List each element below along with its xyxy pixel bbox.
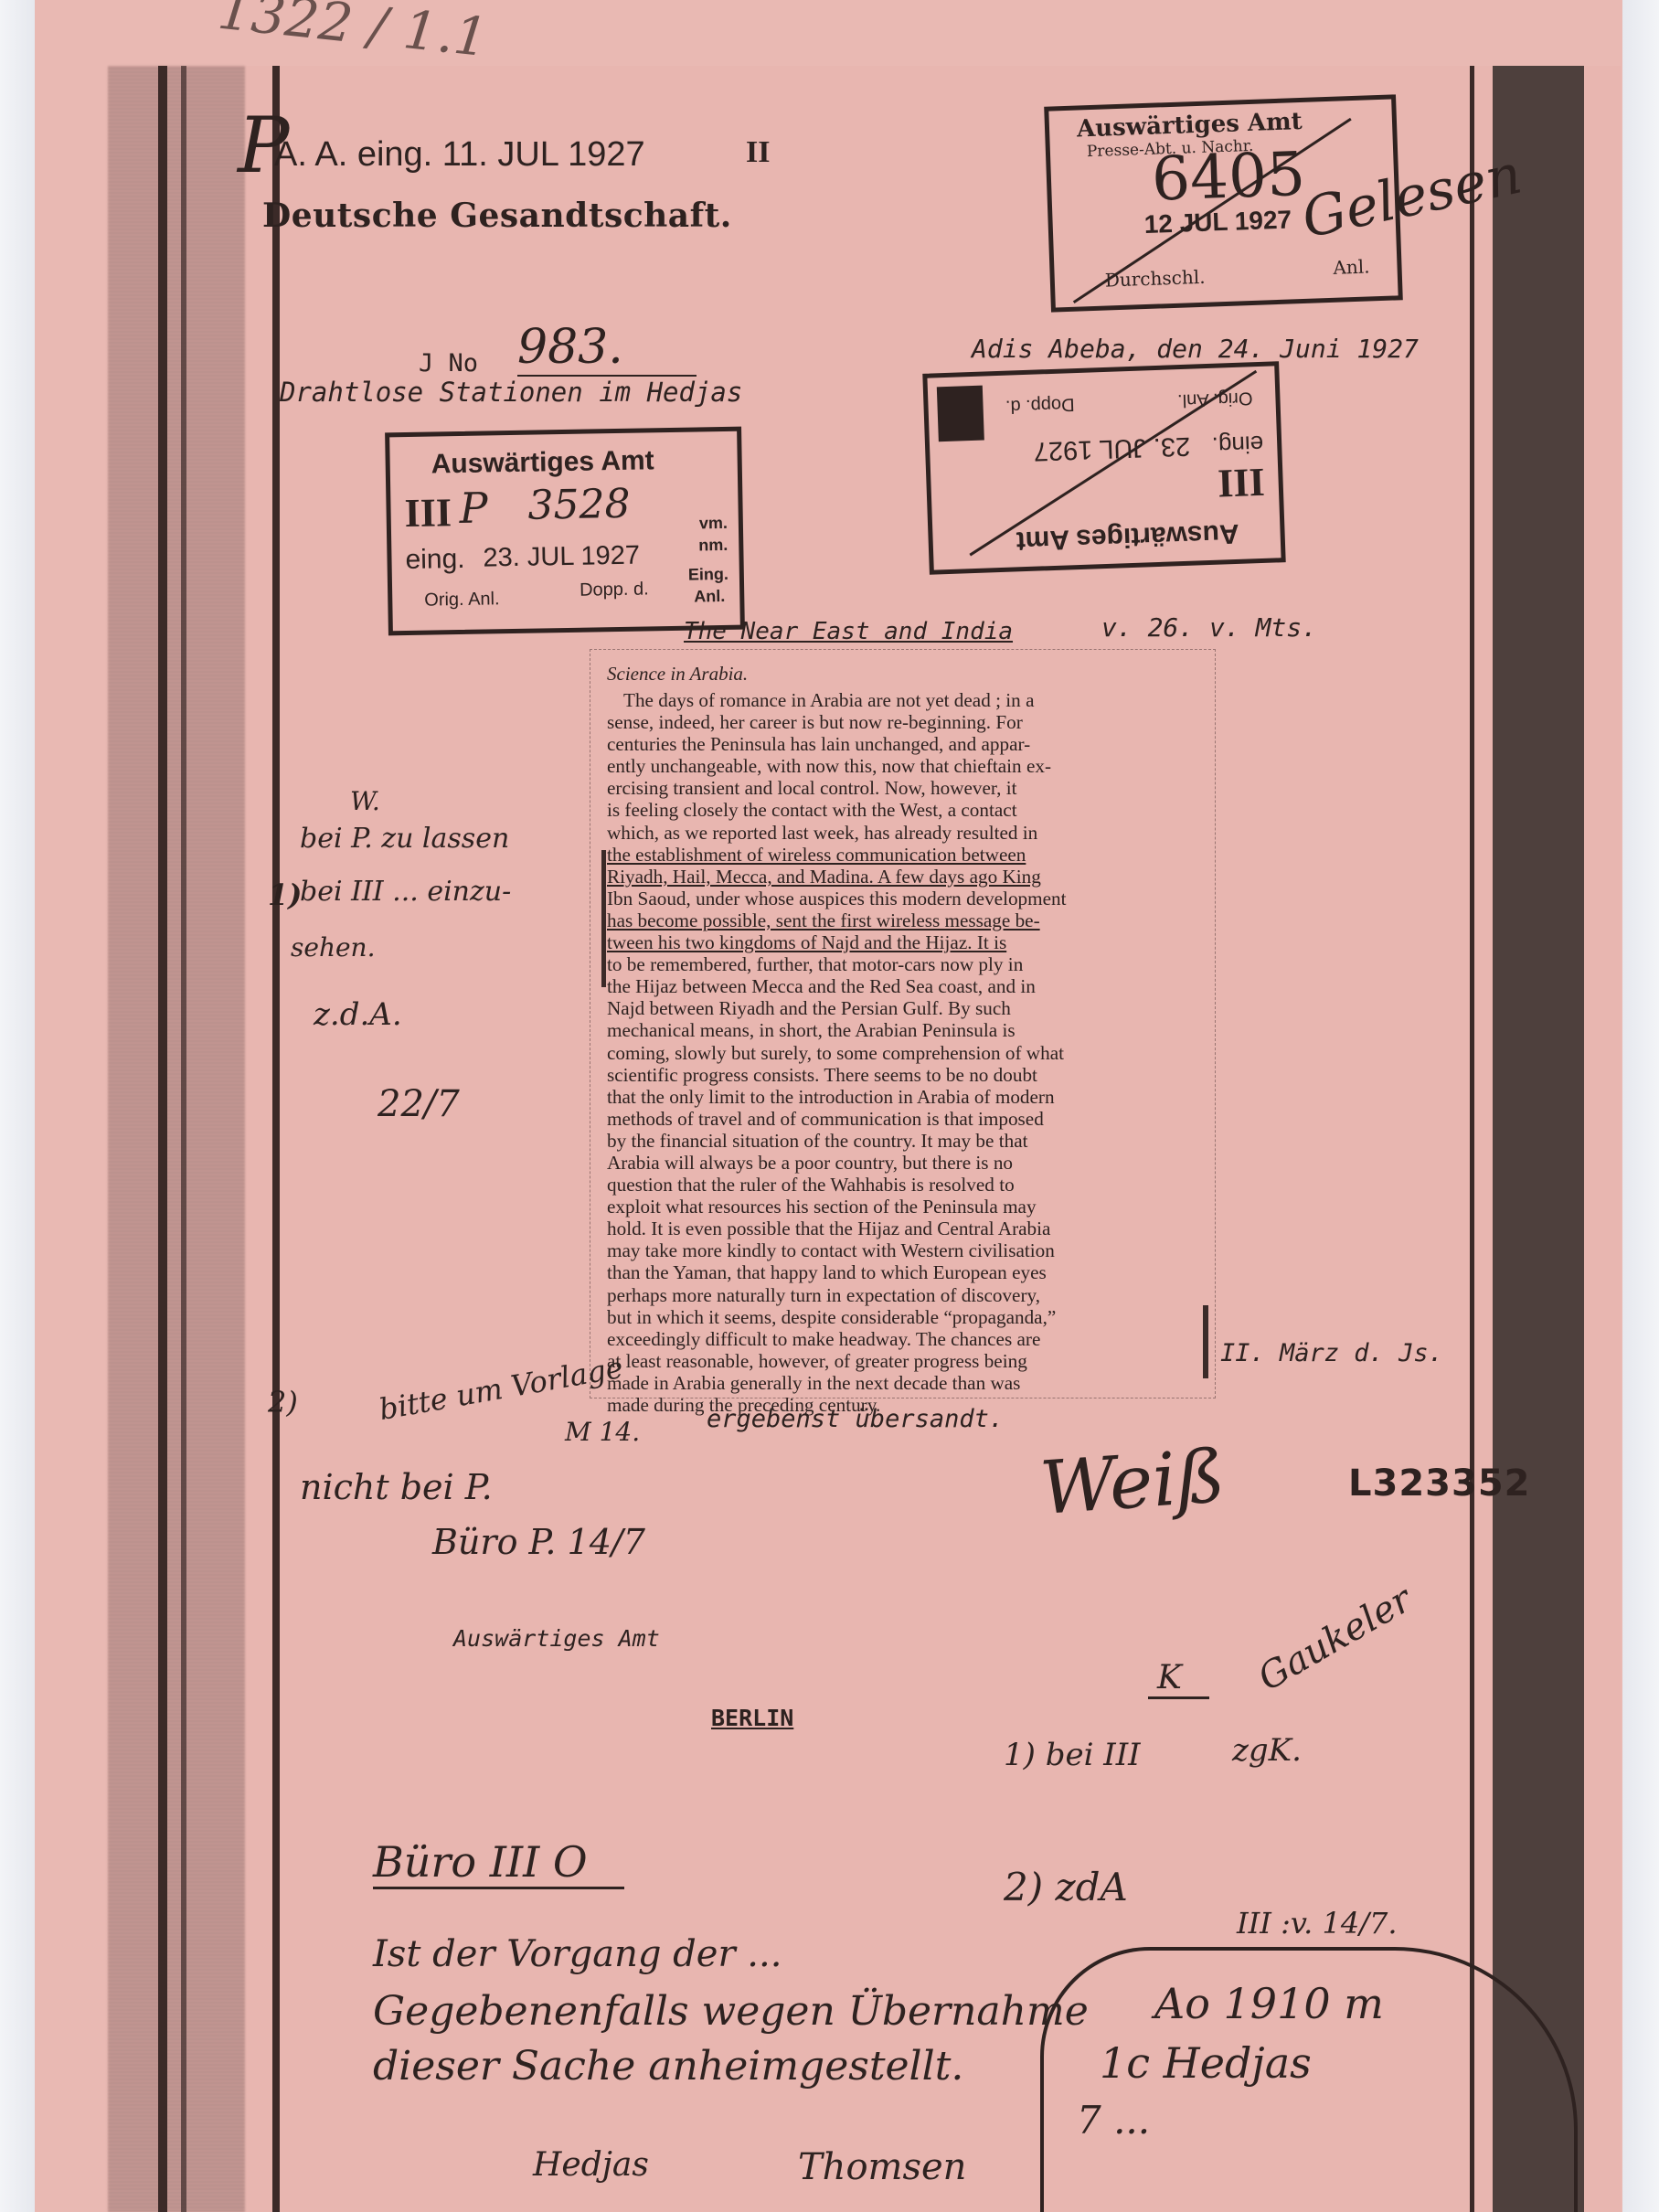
clipping-line-underlined: Riyadh, Hail, Mecca, and Madina. A few d… bbox=[607, 866, 1202, 888]
clipping-line: mechanical means, in short, the Arabian … bbox=[607, 1019, 1202, 1041]
clipping-line: scientific progress consists. There seem… bbox=[607, 1064, 1202, 1086]
bottom-right-line: 1c Hedjas bbox=[1100, 2038, 1312, 2088]
clipping-title: Science in Arabia. bbox=[607, 663, 1202, 686]
source-date-ref: v. 26. v. Mts. bbox=[1101, 612, 1317, 643]
margin-note-1-marker: 1) bbox=[268, 877, 302, 912]
clipping-body: The days of romance in Arabia are not ye… bbox=[607, 689, 1202, 1416]
dept-stamp-orig: Orig. Anl. bbox=[424, 589, 500, 611]
clipping-line: which, as we reported last week, has alr… bbox=[607, 822, 1202, 844]
clipping-line: perhaps more naturally turn in expectati… bbox=[607, 1284, 1202, 1306]
dept-stamp-anl: Anl. bbox=[694, 587, 725, 607]
bottom-right-line: Ao 1910 m bbox=[1154, 1979, 1384, 2028]
department-iii-stamp-inverted: Auswärtiges Amt III eing. 23. JUL 1927 O… bbox=[922, 361, 1285, 574]
clipping-line: is feeling closely the contact with the … bbox=[607, 799, 1202, 821]
clipping-line: the Hijaz between Mecca and the Red Sea … bbox=[607, 975, 1202, 997]
newspaper-clipping: Science in Arabia. The days of romance i… bbox=[590, 649, 1216, 1398]
subject-line: Drahtlose Stationen im Hedjas bbox=[280, 377, 742, 408]
letterhead: Deutsche Gesandtschaft. bbox=[262, 197, 732, 235]
margin-note-date: 22/7 bbox=[378, 1083, 460, 1125]
clipping-line-underlined: tween his two kingdoms of Najd and the H… bbox=[607, 931, 1202, 953]
margin-note-2-marker: 2) bbox=[268, 1385, 298, 1420]
scan-shadow-left bbox=[108, 66, 245, 2212]
clipping-line: exceedingly difficult to make headway. T… bbox=[607, 1328, 1202, 1350]
scan-shadow-right bbox=[1493, 66, 1584, 2212]
right-frame-line bbox=[1470, 66, 1474, 2212]
clipping-line: methods of travel and of communication i… bbox=[607, 1108, 1202, 1130]
archive-number: L323352 bbox=[1348, 1462, 1530, 1505]
clipping-line: at least reasonable, however, of greater… bbox=[607, 1350, 1202, 1372]
margin-note-1-heading: W. bbox=[350, 786, 380, 816]
clipping-line-underlined: the establishment of wireless communicat… bbox=[607, 844, 1202, 866]
clipping-line-underlined: has become possible, sent the first wire… bbox=[607, 909, 1202, 931]
margin-note-zda: z.d.A. bbox=[314, 996, 402, 1033]
dept-stamp-nm: nm. bbox=[698, 536, 728, 556]
clipping-line: sense, indeed, her career is but now re-… bbox=[607, 711, 1202, 733]
clipping-line: question that the ruler of the Wahhabis … bbox=[607, 1174, 1202, 1196]
right-note-k: K bbox=[1148, 1659, 1209, 1699]
receipt-stamp-suffix: II bbox=[746, 135, 770, 170]
recipient-city: BERLIN bbox=[711, 1705, 793, 1731]
clipping-line: may take more kindly to contact with Wes… bbox=[607, 1239, 1202, 1261]
scanned-page: 1322 / 1.1 P A. A. eing. 11. JUL 1927 II… bbox=[35, 0, 1622, 2212]
corner-note: 1322 / 1.1 bbox=[215, 0, 491, 69]
ambassador-signature: Weiß bbox=[1037, 1433, 1228, 1531]
dept-stamp-received-label: eing. bbox=[405, 544, 465, 576]
clipping-line: that the only limit to the introduction … bbox=[607, 1086, 1202, 1108]
binding-line-2 bbox=[181, 66, 186, 2212]
margin-note-2-line: M 14. bbox=[565, 1417, 640, 1447]
bottom-signature: Thomsen bbox=[798, 2146, 966, 2188]
clipping-line: hold. It is even possible that the Hijaz… bbox=[607, 1218, 1202, 1239]
clipping-line: coming, slowly but surely, to some compr… bbox=[607, 1042, 1202, 1064]
journal-number-label: J No bbox=[419, 349, 478, 378]
bottom-signature: Hedjas bbox=[533, 2146, 649, 2184]
right-note-line: zgK. bbox=[1232, 1732, 1302, 1769]
clipping-line: but in which it seems, despite considera… bbox=[607, 1306, 1202, 1328]
dept-stamp-header: Auswärtiges Amt bbox=[431, 445, 654, 480]
margin-bracket-left bbox=[601, 850, 606, 987]
clipping-line: centuries the Peninsula has lain unchang… bbox=[607, 733, 1202, 755]
clipping-line: Ibn Saoud, under whose auspices this mod… bbox=[607, 888, 1202, 909]
clipping-line: ercising transient and local control. No… bbox=[607, 777, 1202, 799]
margin-bracket-right bbox=[1203, 1305, 1208, 1378]
clipping-line: Najd between Riyadh and the Persian Gulf… bbox=[607, 997, 1202, 1019]
clipping-line: than the Yaman, that happy land to which… bbox=[607, 1261, 1202, 1283]
margin-note-3-line: nicht bei P. bbox=[300, 1467, 493, 1507]
source-publication: The Near East and India bbox=[684, 618, 1013, 645]
bottom-note-line: Gegebenenfalls wegen Übernahme bbox=[373, 1988, 1089, 2035]
dept-stamp-eing: Eing. bbox=[688, 565, 728, 585]
date-reference-right: II. März d. Js. bbox=[1220, 1339, 1443, 1367]
margin-note-1-line: sehen. bbox=[291, 932, 375, 962]
clipping-line: to be remembered, further, that motor-ca… bbox=[607, 953, 1202, 975]
bottom-note-line: Ist der Vorgang der ... bbox=[373, 1933, 782, 1975]
margin-note-1-line: bei P. zu lassen bbox=[300, 823, 509, 855]
viewer-left-margin bbox=[0, 0, 35, 2212]
margin-note-3-line: Büro P. 14/7 bbox=[432, 1522, 645, 1562]
strike-line-icon bbox=[918, 356, 1281, 569]
viewer-right-margin bbox=[1622, 0, 1659, 2212]
dept-stamp-date: 23. JUL 1927 bbox=[483, 541, 640, 574]
clipping-line: The days of romance in Arabia are not ye… bbox=[607, 689, 1202, 711]
dept-stamp-initial: P bbox=[459, 483, 488, 533]
dept-stamp-dept: III bbox=[404, 489, 452, 537]
closing-text: ergebenst übersandt. bbox=[707, 1405, 1004, 1433]
binding-line-3 bbox=[272, 66, 280, 2212]
right-note-line: 2) zdA bbox=[1004, 1865, 1128, 1909]
bottom-right-line: 7 ... bbox=[1077, 2098, 1150, 2143]
margin-note-1-line: bei III ... einzu- bbox=[300, 876, 511, 908]
clipping-line: Arabia will always be a poor country, bu… bbox=[607, 1152, 1202, 1174]
clipping-line: by the financial situation of the countr… bbox=[607, 1130, 1202, 1152]
bottom-note-header: Büro III O bbox=[373, 1837, 624, 1889]
dept-stamp-vm: vm. bbox=[699, 514, 728, 534]
journal-number-value: 983. bbox=[517, 320, 697, 377]
dept-stamp-number: 3528 bbox=[527, 481, 631, 529]
dept-stamp-dopp: Dopp. d. bbox=[580, 579, 649, 601]
receipt-stamp-text: A. A. eing. 11. JUL 1927 bbox=[274, 135, 645, 175]
clipping-line: ently unchangeable, with now this, now t… bbox=[607, 755, 1202, 777]
bottom-note-line: dieser Sache anheimgestellt. bbox=[373, 2043, 963, 2090]
clipping-line: made in Arabia generally in the next dec… bbox=[607, 1372, 1202, 1394]
clipping-line: exploit what resources his section of th… bbox=[607, 1196, 1202, 1218]
bottom-right-header: III :v. 14/7. bbox=[1237, 1906, 1398, 1941]
binding-line-1 bbox=[158, 66, 167, 2212]
department-iii-stamp: Auswärtiges Amt III P 3528 eing. 23. JUL… bbox=[385, 427, 745, 636]
recipient-office: Auswärtiges Amt bbox=[453, 1625, 660, 1652]
right-note-line: 1) bei III bbox=[1004, 1737, 1141, 1773]
